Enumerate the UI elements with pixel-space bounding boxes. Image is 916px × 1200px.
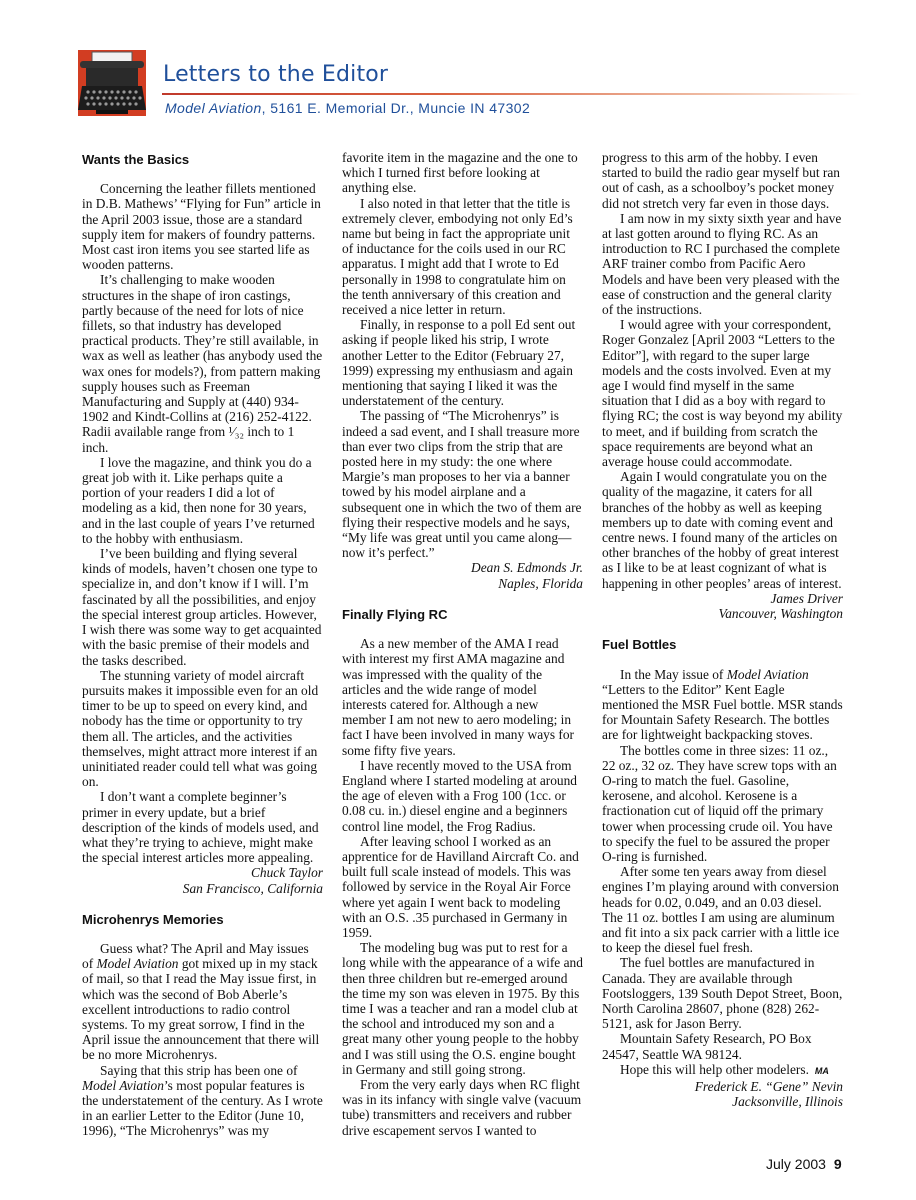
magazine-address: Model Aviation, 5161 E. Memorial Dr., Mu… — [165, 100, 530, 116]
paragraph: I also noted in that letter that the tit… — [342, 196, 583, 318]
page-title: Letters to the Editor — [163, 62, 388, 87]
letter-heading: Fuel Bottles — [602, 635, 843, 652]
paragraph: I would agree with your correspondent, R… — [602, 317, 843, 469]
address: , 5161 E. Memorial Dr., Muncie IN 47302 — [262, 100, 531, 116]
header-rule — [162, 93, 862, 95]
letter-location: San Francisco, California — [82, 881, 323, 896]
letter-author: Chuck Taylor — [82, 865, 323, 880]
column-3: progress to this arm of the hobby. I eve… — [602, 150, 843, 1109]
paragraph: I don’t want a complete beginner’s prime… — [82, 789, 323, 865]
paragraph: Model AviationSaying that this strip has… — [82, 1063, 323, 1139]
paragraph: Concerning the leather fillets mentioned… — [82, 181, 323, 272]
letter-author: Dean S. Edmonds Jr. — [342, 560, 583, 575]
paragraph: I love the magazine, and think you do a … — [82, 455, 323, 546]
letter-heading: Wants the Basics — [82, 150, 323, 167]
paragraph: After leaving school I worked as an appr… — [342, 834, 583, 940]
paragraph: From the very early days when RC flight … — [342, 1077, 583, 1138]
paragraph: I have recently moved to the USA from En… — [342, 758, 583, 834]
paragraph-continued: favorite item in the magazine and the on… — [342, 150, 583, 196]
letter-heading: Finally Flying RC — [342, 605, 583, 622]
issue-date: July 2003 — [766, 1156, 826, 1172]
paragraph: In the May issue of Model Aviation “Lett… — [602, 667, 843, 743]
letter-location: Naples, Florida — [342, 576, 583, 591]
paragraph: The fuel bottles are manufactured in Can… — [602, 955, 843, 1031]
column-1: Wants the Basics Concerning the leather … — [82, 150, 323, 1139]
paragraph: Hope this will help other modelers.MA — [602, 1062, 843, 1079]
letter-location: Vancouver, Washington — [602, 606, 843, 621]
paragraph: Guess what? The April and May issues of … — [82, 941, 323, 1063]
page-footer: July 2003 9 — [766, 1156, 842, 1172]
typewriter-icon — [78, 50, 146, 116]
paragraph: I am now in my sixty sixth year and have… — [602, 211, 843, 317]
paragraph: After some ten years away from diesel en… — [602, 864, 843, 955]
letter-author: James Driver — [602, 591, 843, 606]
paragraph: I’ve been building and flying several ki… — [82, 546, 323, 668]
letter-heading: Microhenrys Memories — [82, 910, 323, 927]
letter-author: Frederick E. “Gene” Nevin — [602, 1079, 843, 1094]
paragraph: Mountain Safety Research, PO Box 24547, … — [602, 1031, 843, 1061]
paragraph: The modeling bug was put to rest for a l… — [342, 940, 583, 1077]
magazine-name: Model Aviation — [165, 100, 262, 116]
letters-body: Wants the Basics Concerning the leather … — [82, 150, 844, 1150]
paragraph: The passing of “The Microhenrys” is inde… — [342, 408, 583, 560]
paragraph: Finally, in response to a poll Ed sent o… — [342, 317, 583, 408]
column-2: favorite item in the magazine and the on… — [342, 150, 583, 1138]
paragraph: As a new member of the AMA I read with i… — [342, 636, 583, 758]
letter-location: Jacksonville, Illinois — [602, 1094, 843, 1109]
paragraph: Again I would congratulate you on the qu… — [602, 469, 843, 591]
paragraph-continued: progress to this arm of the hobby. I eve… — [602, 150, 843, 211]
paragraph: The stunning variety of model aircraft p… — [82, 668, 323, 790]
page-header: Letters to the Editor Model Aviation, 51… — [0, 0, 916, 130]
end-mark: MA — [815, 1066, 829, 1076]
page-number: 9 — [834, 1156, 842, 1172]
paragraph: The bottles come in three sizes: 11 oz.,… — [602, 743, 843, 865]
paragraph: It’s challenging to make wooden structur… — [82, 272, 323, 454]
